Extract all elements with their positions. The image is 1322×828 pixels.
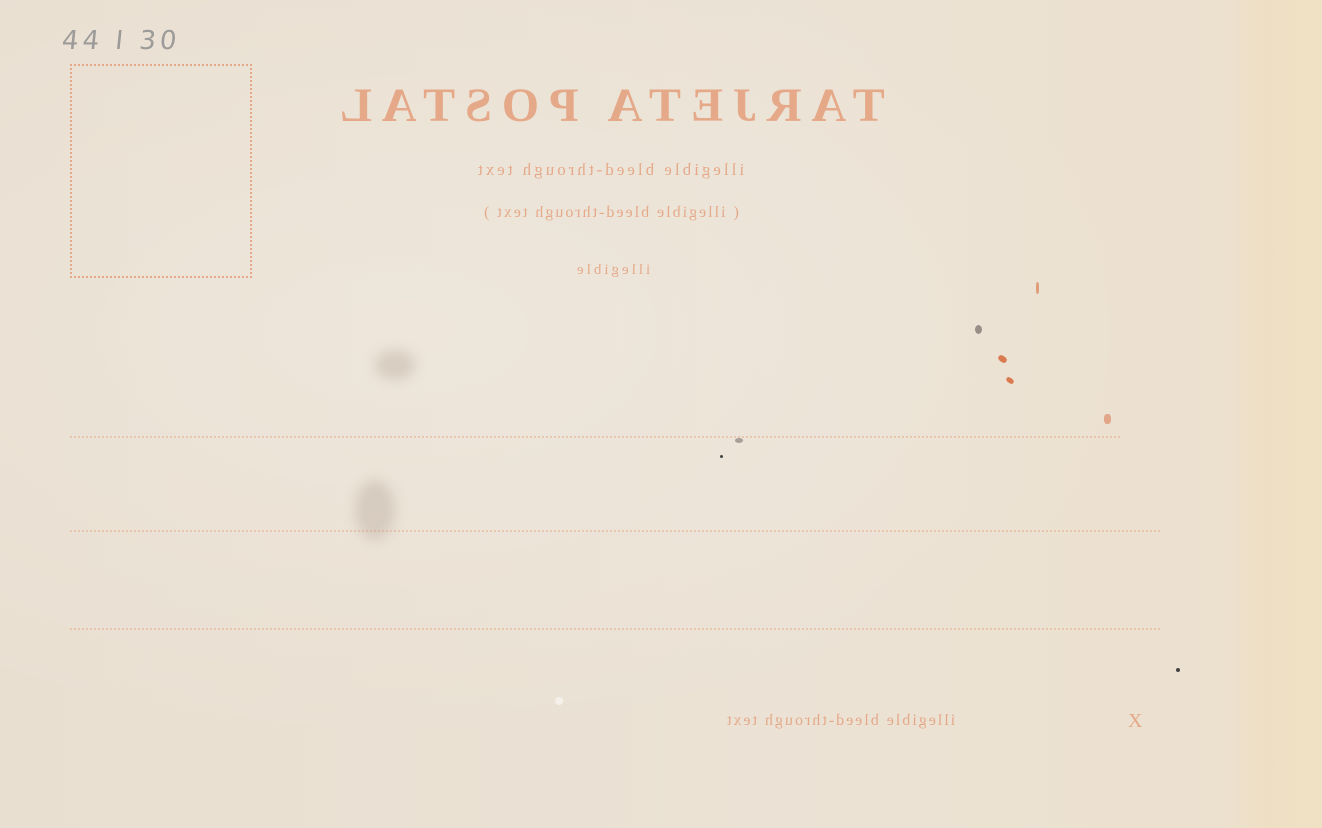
bottom-line: illegible bleed-through text bbox=[630, 712, 1050, 730]
stamp-box bbox=[70, 64, 252, 278]
smudge bbox=[375, 350, 415, 380]
printed-heading: TARJETA POSTAL bbox=[320, 78, 895, 133]
heading-text: TARJETA POSTAL bbox=[330, 78, 885, 133]
speck bbox=[720, 455, 723, 458]
speck bbox=[555, 697, 563, 705]
parenthetical-text: ( illegible bleed-through text ) bbox=[482, 204, 739, 222]
parenthetical-line: ( illegible bleed-through text ) bbox=[283, 204, 938, 222]
paper-edge bbox=[1227, 0, 1322, 828]
speck bbox=[1176, 668, 1180, 672]
bottom-mark: X bbox=[1128, 710, 1142, 733]
small-line-text: illegible bbox=[574, 262, 650, 279]
bottom-line-text: illegible bleed-through text bbox=[725, 712, 955, 730]
address-line-3 bbox=[70, 628, 1160, 630]
ink-fleck bbox=[1104, 414, 1111, 424]
speck bbox=[735, 438, 743, 443]
subheading: illegible bleed-through text bbox=[355, 160, 865, 180]
handwritten-note: 44 I 30 bbox=[60, 26, 182, 56]
address-line-2 bbox=[70, 530, 1160, 532]
small-line: illegible bbox=[505, 262, 720, 279]
address-line-1 bbox=[70, 436, 1120, 438]
subheading-text: illegible bleed-through text bbox=[475, 160, 744, 180]
smudge bbox=[355, 480, 395, 540]
ink-fleck bbox=[1036, 282, 1039, 294]
speck bbox=[975, 325, 982, 334]
